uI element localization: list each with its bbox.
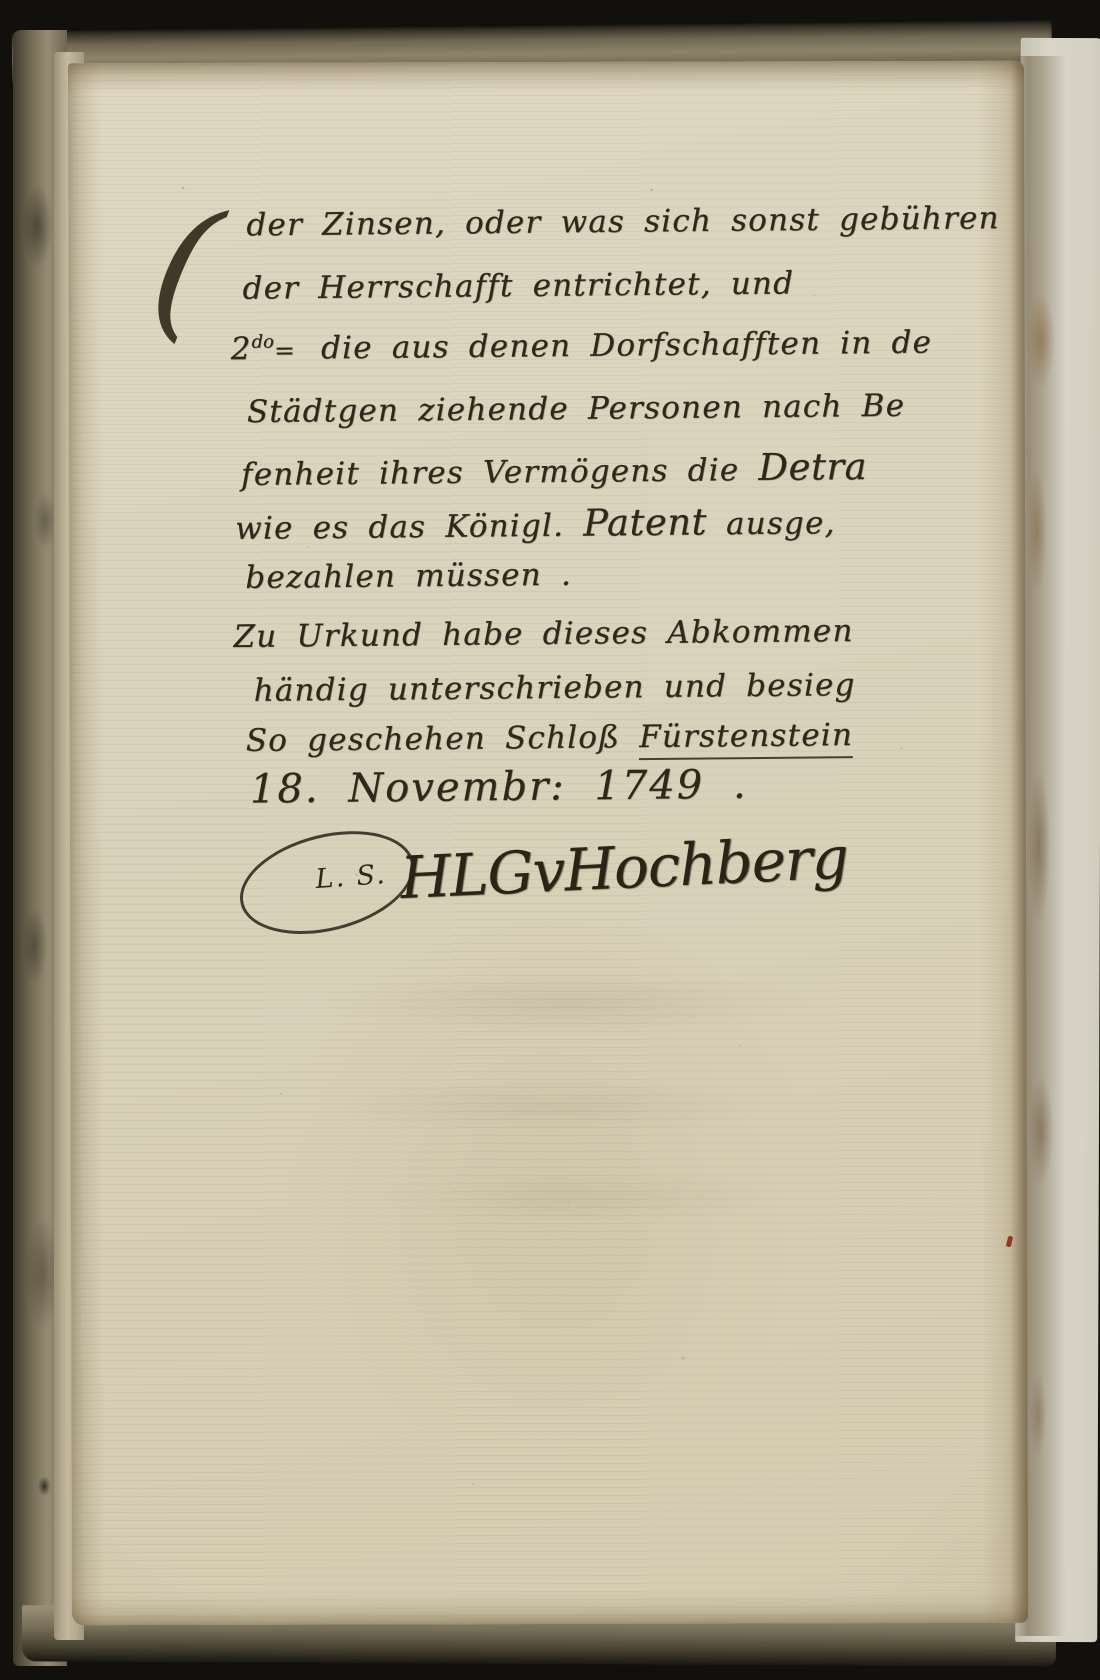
place-name: Fürstenstein — [639, 717, 853, 760]
manuscript-line-5: fenheit ihres Vermögens die Detra — [241, 445, 867, 494]
manuscript-line-3: 2do= die aus denen Dorfschafften in de — [231, 325, 933, 368]
handwritten-text-block: ( der Zinsen, oder was sich sonst gebühr… — [68, 61, 1028, 1625]
item-number-superscript: do — [251, 332, 274, 353]
manuscript-line-2: der Herrschafft entrichtet, und — [242, 265, 794, 306]
item-number: 2 — [231, 331, 252, 367]
item-number-separator: = — [274, 336, 302, 365]
torn-page-edge-right — [1010, 56, 1066, 1636]
seal-label: L. S. — [314, 859, 387, 895]
date-line: 18. Novembr: 1749 . — [250, 762, 748, 813]
place-line-text: So geschehen Schloß — [246, 719, 621, 759]
latin-script-word: Patent — [583, 500, 707, 544]
manuscript-line-9: händig unterschrieben und besieg — [253, 667, 855, 709]
manuscript-line-5-text: fenheit ihres Vermögens die — [241, 452, 740, 493]
latin-script-word: Detra — [758, 445, 867, 489]
manuscript-line-6: wie es das Königl. Patent ausge, — [235, 499, 836, 548]
signature: HLGvHochberg — [399, 823, 850, 912]
manuscript-line-7: bezahlen müssen . — [245, 557, 572, 596]
scanner-background: { "manuscript": { "opening_flourish": "(… — [0, 0, 1100, 1680]
manuscript-line-3-text: die aus denen Dorfschafften in de — [321, 325, 932, 367]
locus-sigilli-oval: L. S. — [229, 814, 425, 951]
manuscript-line-6-text: wie es das Königl. — [235, 508, 564, 547]
manuscript-line-8: Zu Urkund habe dieses Abkommen — [233, 613, 853, 655]
opening-flourish: ( — [139, 173, 233, 362]
manuscript-page: ( der Zinsen, oder was sich sonst gebühr… — [68, 61, 1028, 1625]
manuscript-line-4: Städtgen ziehende Personen nach Be — [247, 388, 906, 430]
manuscript-line-10: So geschehen Schloß Fürstenstein — [246, 717, 854, 759]
manuscript-line-6-end: ausge, — [726, 505, 836, 542]
manuscript-line-1: der Zinsen, oder was sich sonst gebühren — [246, 200, 1000, 243]
